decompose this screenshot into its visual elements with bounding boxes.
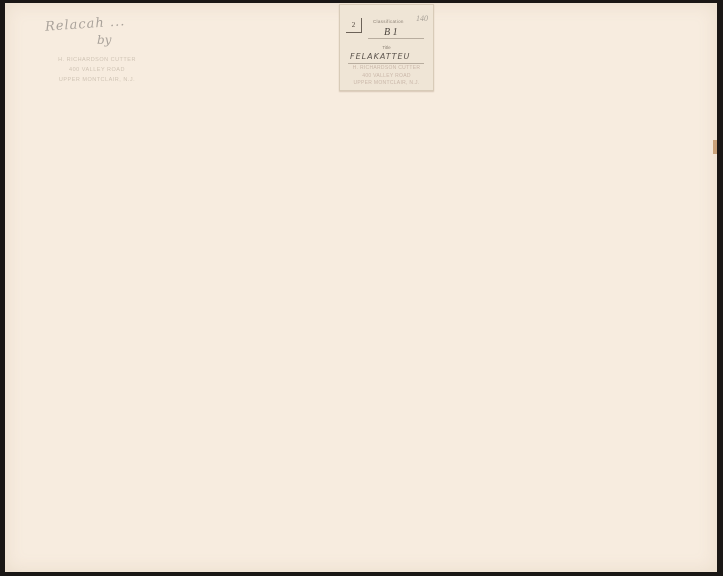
label-stamp-line-1: H. RICHARDSON CUTTER: [353, 65, 421, 71]
stamp-line-2: 400 VALLEY ROAD: [57, 65, 137, 75]
pencil-annotation-by: by: [97, 33, 111, 47]
label-stamp-line-3: UPPER MONTCLAIR, N.J.: [342, 80, 431, 88]
edge-tab-mark: [713, 140, 717, 154]
classification-caption: Classification: [373, 19, 404, 24]
label-stamp-line-2: 400 VALLEY ROAD: [342, 73, 431, 81]
label-number: 2: [346, 18, 362, 33]
pencil-annotation: Relacah ...: [45, 14, 126, 35]
classification-underline: [368, 38, 424, 39]
photographer-stamp: H. RICHARDSON CUTTER 400 VALLEY ROAD UPP…: [57, 55, 137, 85]
stamp-line-3: UPPER MONTCLAIR, N.J.: [57, 75, 137, 85]
title-underline: [348, 63, 424, 64]
classification-label: 2 Classification 140 B 1 Title FELAKATTE…: [339, 4, 434, 91]
label-stamp: H. RICHARDSON CUTTER 400 VALLEY ROAD UPP…: [342, 65, 431, 88]
classification-value: B 1: [384, 27, 398, 38]
title-caption: Title: [340, 45, 433, 50]
classification-number: 140: [416, 14, 428, 23]
title-value: FELAKATTEU: [350, 52, 410, 61]
stamp-line-1: H. RICHARDSON CUTTER: [57, 55, 137, 65]
